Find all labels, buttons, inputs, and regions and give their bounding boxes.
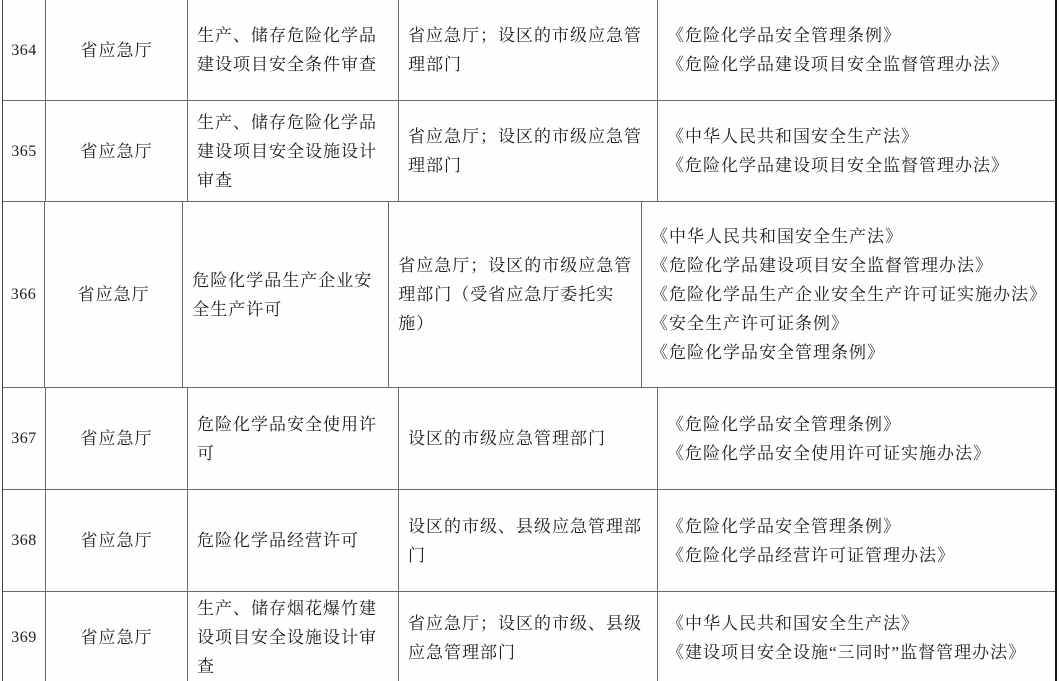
legal-basis-cell: 《中华人民共和国安全生产法》《建设项目安全设施“三同时”监督管理办法》 xyxy=(657,592,1055,681)
row-number: 364 xyxy=(3,0,45,100)
basis-line: 《危险化学品建设项目安全监督管理办法》 xyxy=(667,151,1047,180)
legal-basis-cell: 《中华人民共和国安全生产法》《危险化学品建设项目安全监督管理办法》《危险化学品生… xyxy=(641,202,1055,387)
basis-line: 《危险化学品安全使用许可证实施办法》 xyxy=(667,439,1047,468)
implementing-agency-cell: 省应急厅；设区的市级应急管理部门（受省应急厅委托实施） xyxy=(388,202,641,387)
implementing-agency-cell: 省应急厅；设区的市级、县级应急管理部门 xyxy=(398,592,657,681)
basis-line: 《危险化学品安全管理条例》 xyxy=(667,512,1047,541)
basis-line: 《危险化学品建设项目安全监督管理办法》 xyxy=(651,251,1047,280)
basis-line: 《中华人民共和国安全生产法》 xyxy=(667,122,1047,151)
item-name-cell: 生产、储存危险化学品建设项目安全设施设计审查 xyxy=(187,101,398,201)
department-cell: 省应急厅 xyxy=(45,592,187,681)
implementing-agency-cell: 省应急厅；设区的市级应急管理部门 xyxy=(398,0,657,100)
table-row: 365 省应急厅 生产、储存危险化学品建设项目安全设施设计审查 省应急厅；设区的… xyxy=(3,100,1055,201)
row-number: 367 xyxy=(3,388,45,489)
row-number: 368 xyxy=(3,490,45,591)
basis-line: 《安全生产许可证条例》 xyxy=(651,309,1047,338)
basis-line: 《危险化学品安全管理条例》 xyxy=(667,410,1047,439)
basis-line: 《中华人民共和国安全生产法》 xyxy=(651,222,1047,251)
legal-basis-cell: 《危险化学品安全管理条例》《危险化学品经营许可证管理办法》 xyxy=(657,490,1055,591)
item-name-cell: 生产、储存危险化学品建设项目安全条件审查 xyxy=(187,0,398,100)
table-row: 369 省应急厅 生产、储存烟花爆竹建设项目安全设施设计审查 省应急厅；设区的市… xyxy=(3,591,1055,681)
basis-line: 《中华人民共和国安全生产法》 xyxy=(667,609,1047,638)
table-row: 368 省应急厅 危险化学品经营许可 设区的市级、县级应急管理部门 《危险化学品… xyxy=(3,489,1055,591)
table-row: 364 省应急厅 生产、储存危险化学品建设项目安全条件审查 省应急厅；设区的市级… xyxy=(3,0,1055,100)
permits-table: 364 省应急厅 生产、储存危险化学品建设项目安全条件审查 省应急厅；设区的市级… xyxy=(2,0,1057,681)
implementing-agency-cell: 省应急厅；设区的市级应急管理部门 xyxy=(398,101,657,201)
row-number: 369 xyxy=(3,592,45,681)
basis-line: 《危险化学品安全管理条例》 xyxy=(667,21,1047,50)
department-cell: 省应急厅 xyxy=(45,490,187,591)
legal-basis-cell: 《危险化学品安全管理条例》《危险化学品安全使用许可证实施办法》 xyxy=(657,388,1055,489)
department-cell: 省应急厅 xyxy=(45,388,187,489)
basis-line: 《危险化学品生产企业安全生产许可证实施办法》 xyxy=(651,280,1047,309)
legal-basis-cell: 《中华人民共和国安全生产法》《危险化学品建设项目安全监督管理办法》 xyxy=(657,101,1055,201)
item-name-cell: 危险化学品生产企业安全生产许可 xyxy=(182,202,388,387)
item-name-cell: 危险化学品安全使用许可 xyxy=(187,388,398,489)
item-name-cell: 危险化学品经营许可 xyxy=(187,490,398,591)
implementing-agency-cell: 设区的市级应急管理部门 xyxy=(398,388,657,489)
basis-line: 《危险化学品经营许可证管理办法》 xyxy=(667,541,1047,570)
implementing-agency-cell: 设区的市级、县级应急管理部门 xyxy=(398,490,657,591)
department-cell: 省应急厅 xyxy=(45,101,187,201)
basis-line: 《危险化学品建设项目安全监督管理办法》 xyxy=(667,50,1047,79)
row-number: 366 xyxy=(3,202,44,387)
table-row: 367 省应急厅 危险化学品安全使用许可 设区的市级应急管理部门 《危险化学品安… xyxy=(3,387,1055,489)
basis-line: 《建设项目安全设施“三同时”监督管理办法》 xyxy=(667,638,1047,667)
legal-basis-cell: 《危险化学品安全管理条例》《危险化学品建设项目安全监督管理办法》 xyxy=(657,0,1055,100)
item-name-cell: 生产、储存烟花爆竹建设项目安全设施设计审查 xyxy=(187,592,398,681)
table-row: 366 省应急厅 危险化学品生产企业安全生产许可 省应急厅；设区的市级应急管理部… xyxy=(3,201,1055,387)
row-number: 365 xyxy=(3,101,45,201)
scanned-document-page: 364 省应急厅 生产、储存危险化学品建设项目安全条件审查 省应急厅；设区的市级… xyxy=(0,0,1060,681)
basis-line: 《危险化学品安全管理条例》 xyxy=(651,338,1047,367)
department-cell: 省应急厅 xyxy=(45,0,187,100)
department-cell: 省应急厅 xyxy=(44,202,182,387)
